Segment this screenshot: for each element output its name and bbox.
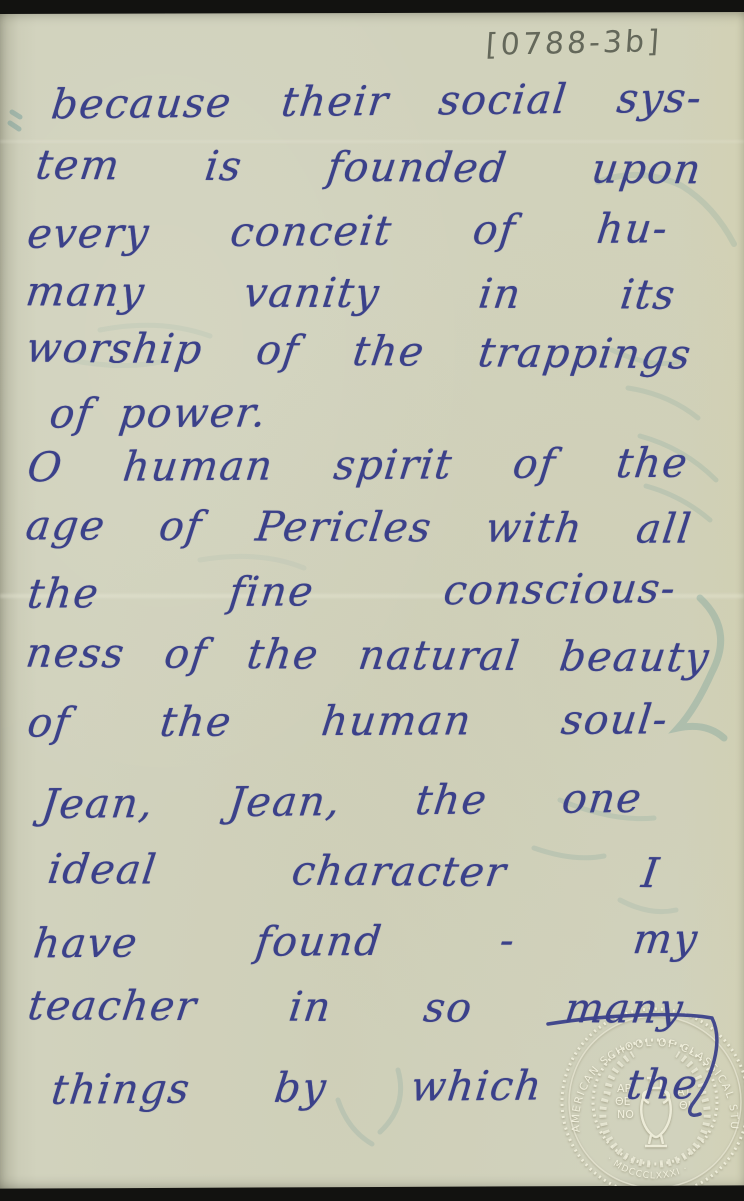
handwriting-line-12: Jean, Jean, the one xyxy=(39,777,645,826)
archival-notation: [0788-3b] xyxy=(485,24,663,63)
handwriting-line-3: every conceit of hu- xyxy=(25,207,671,256)
handwriting-line-6: of power. xyxy=(47,391,269,435)
handwriting-line-13: ideal character I xyxy=(45,848,662,895)
handwriting-line-11: of the human soul- xyxy=(25,698,670,744)
handwriting-line-8: age of Pericles with all xyxy=(23,504,694,551)
handwriting-line-5: worship of the trappings xyxy=(24,327,695,377)
scanned-letter-page: AMERICAN SCHOOL OF CLASSICAL STUDIES AT … xyxy=(0,0,744,1201)
photo-edge-top xyxy=(0,0,744,14)
handwriting-line-10: ness of the natural beauty xyxy=(24,632,713,680)
handwriting-line-14: have found - my xyxy=(31,918,701,966)
handwriting-line-16: things by which the xyxy=(49,1063,701,1112)
photo-edge-bottom xyxy=(0,1185,744,1201)
seal-greek-letters: ΝΟ xyxy=(617,1108,634,1121)
handwriting-line-2: tem is founded upon xyxy=(34,144,705,192)
handwriting-line-9: the fine conscious- xyxy=(25,567,679,616)
handwriting-line-7: O human spirit of the xyxy=(25,442,691,490)
handwriting-line-15: teacher in so many xyxy=(25,984,686,1030)
handwriting-line-4: many vanity in its xyxy=(23,270,678,316)
handwriting-line-1: because their social sys- xyxy=(49,77,705,127)
